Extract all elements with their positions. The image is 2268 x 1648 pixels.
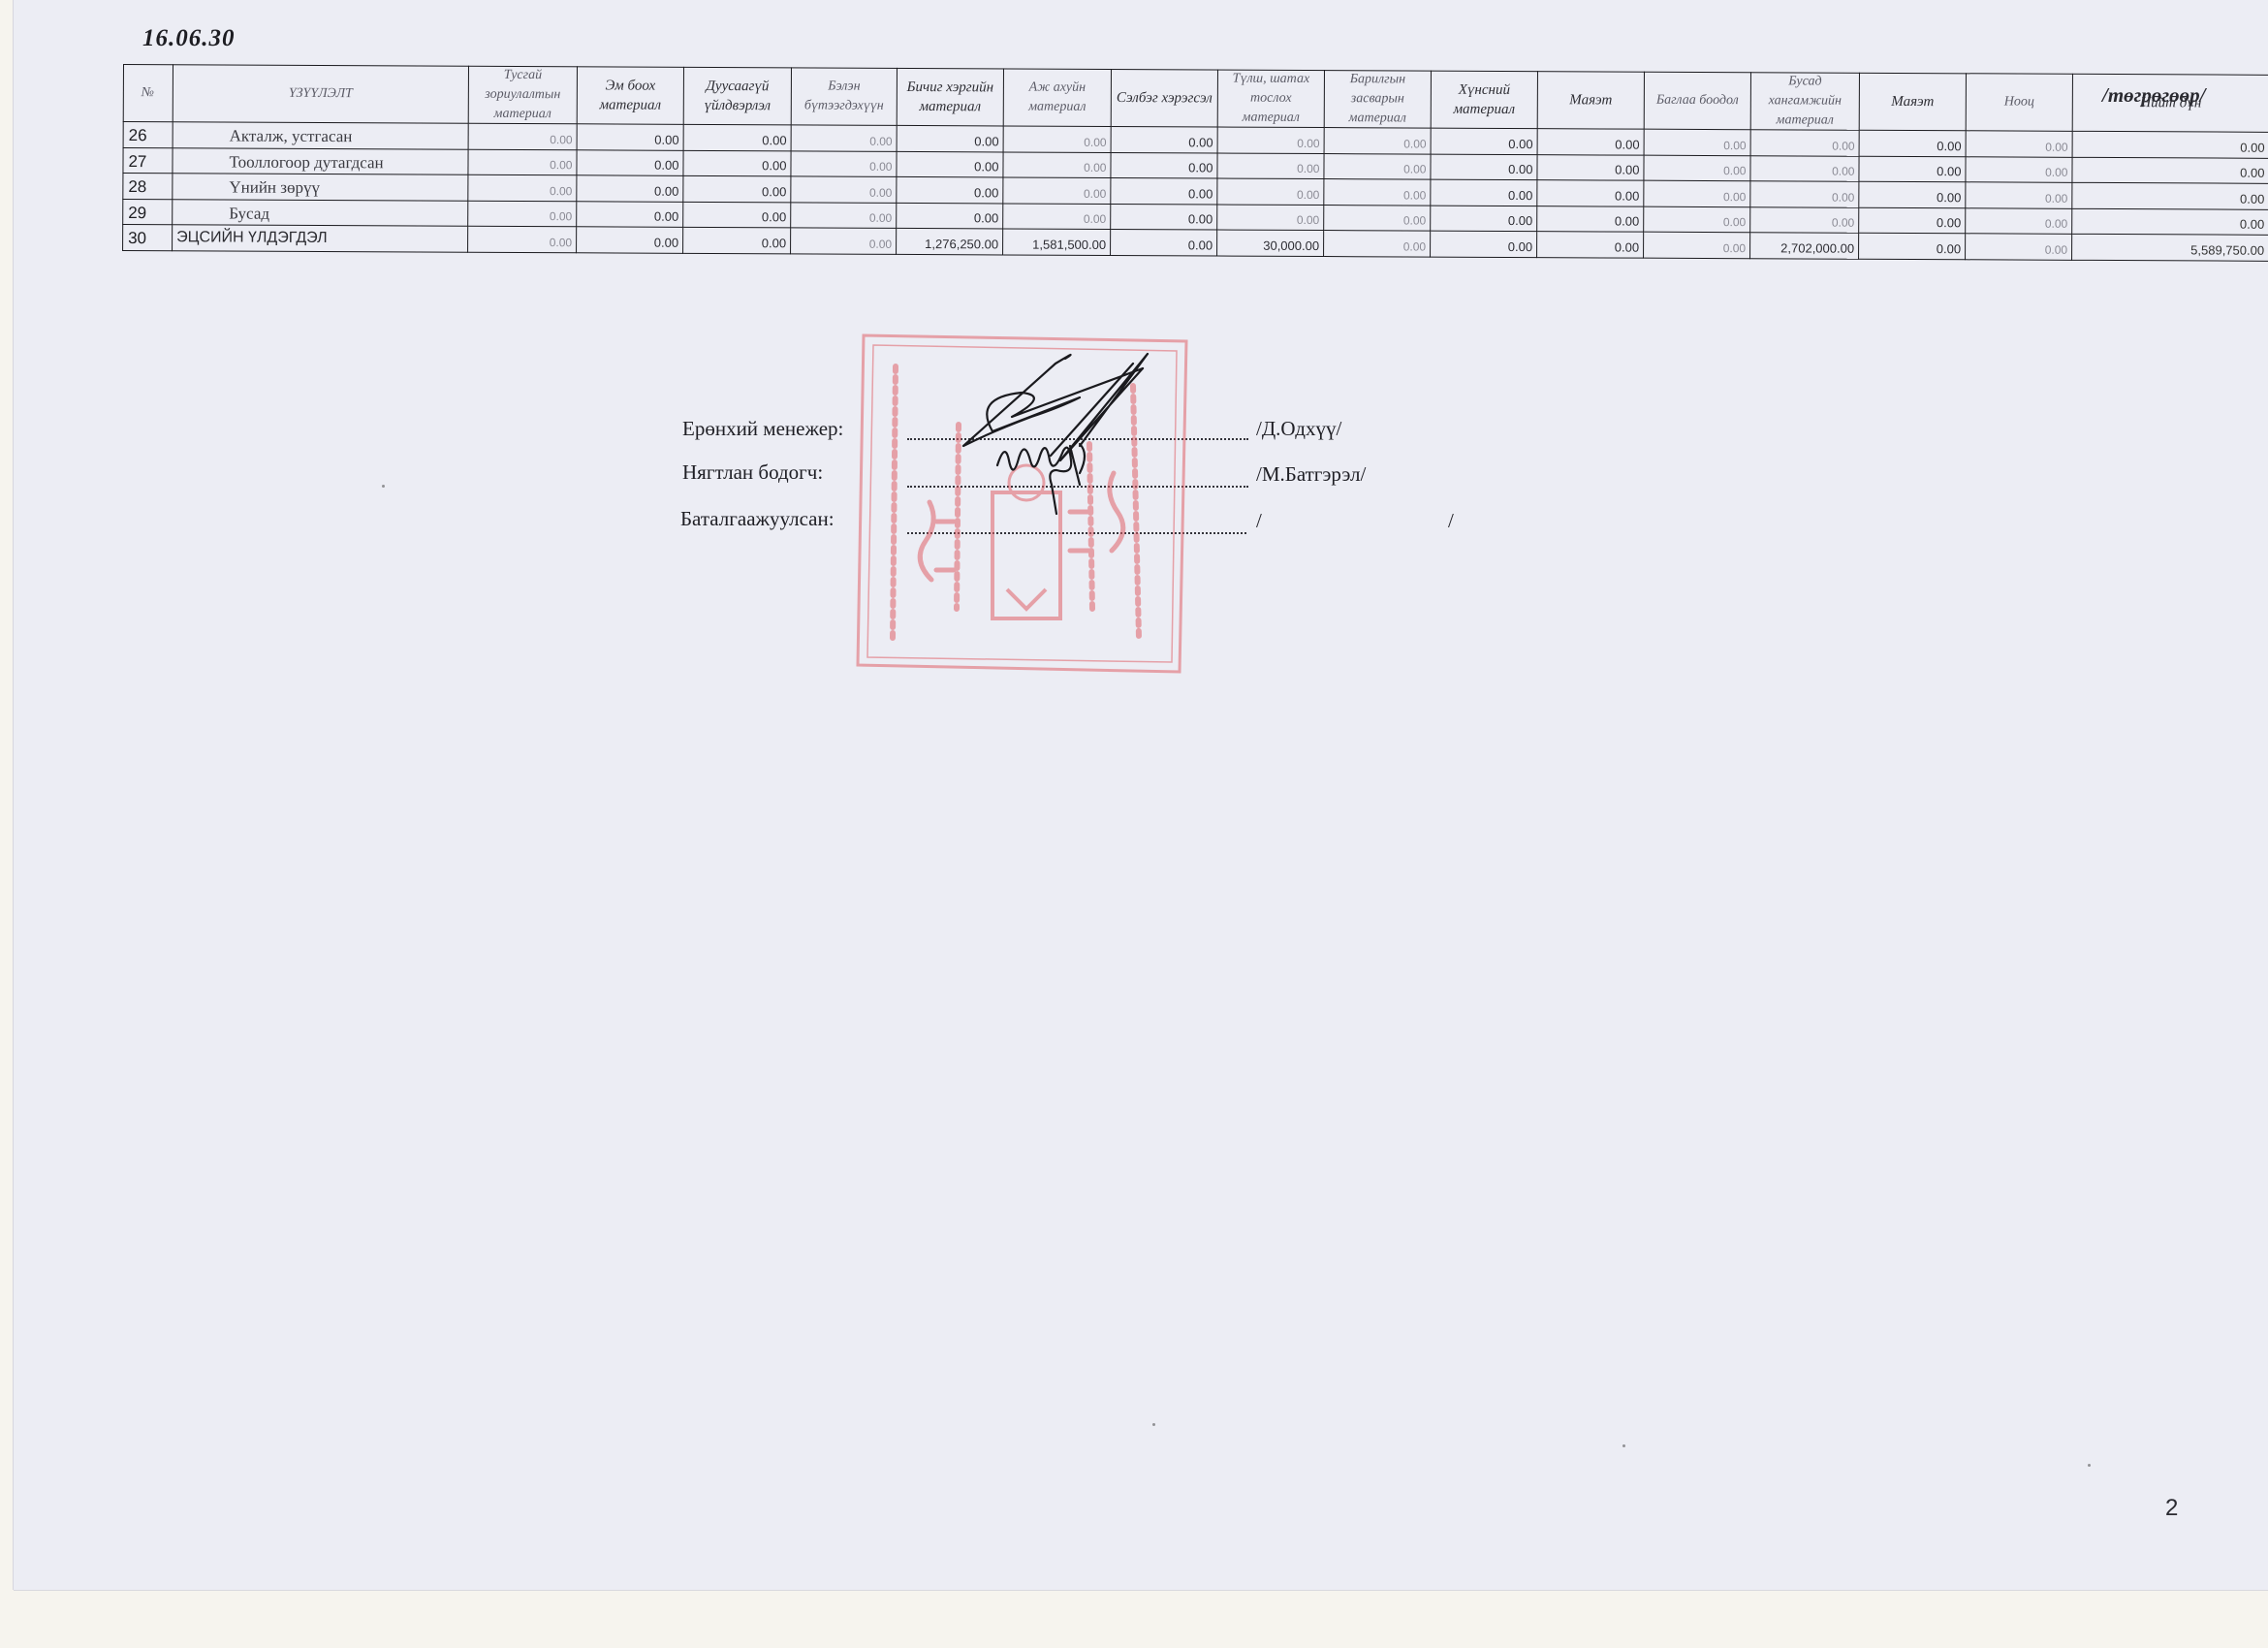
table-cell-value: 0.00 xyxy=(1004,126,1112,152)
table-cell-value: 0.00 xyxy=(1645,130,1751,156)
table-cell-value: 0.00 xyxy=(791,203,897,229)
column-header: Сэлбэг хэрэгсэл xyxy=(1112,69,1218,128)
table-cell-value: 0.00 xyxy=(1644,181,1750,207)
table-cell-value: 0.00 xyxy=(1218,128,1325,154)
table-cell-value: 0.00 xyxy=(791,151,897,177)
table-cell-value: 0.00 xyxy=(898,126,1004,152)
table-cell-value: 0.00 xyxy=(468,227,577,253)
table-cell-value: 0.00 xyxy=(1325,128,1432,154)
table-cell-value: 0.00 xyxy=(577,227,683,253)
table-cell-value: 0.00 xyxy=(897,177,1003,204)
table-cell-value: 0.00 xyxy=(1003,204,1111,230)
column-header: Тусгай зориулалтын материал xyxy=(469,66,578,125)
table-cell-value: 0.00 xyxy=(792,125,898,151)
signature-line xyxy=(907,532,1246,534)
table-cell-value: 0.00 xyxy=(1431,154,1537,180)
row-number: 26 xyxy=(123,122,173,148)
table-cell-value: 0.00 xyxy=(468,201,577,227)
table-cell-value: 0.00 xyxy=(1431,232,1537,258)
table-cell-value: 0.00 xyxy=(1217,153,1324,179)
table-cell-value: 0.00 xyxy=(1859,182,1966,208)
table-cell-value: 0.00 xyxy=(1003,152,1111,178)
table-cell-value: 0.00 xyxy=(897,203,1003,229)
scan-speck xyxy=(2088,1464,2091,1467)
signature-trailing-slash: / xyxy=(1448,509,1454,533)
table-cell-value: 0.00 xyxy=(1644,233,1750,259)
table-cell-value: 0.00 xyxy=(1324,179,1431,206)
row-label: Тооллогоор дутагдсан xyxy=(173,148,468,175)
table-cell-value: 1,276,250.00 xyxy=(897,229,1003,255)
table-cell-value: 0.00 xyxy=(1644,155,1750,181)
table-cell-value: 0.00 xyxy=(683,228,791,254)
table-cell-value: 0.00 xyxy=(1644,206,1750,233)
table-cell-value: 0.00 xyxy=(1111,230,1217,256)
table-cell-value: 2,702,000.00 xyxy=(1750,233,1859,259)
table-cell-value: 0.00 xyxy=(577,150,683,176)
table-cell-value: 0.00 xyxy=(469,124,578,150)
document-page: 16.06.30 /төгрөгөөр/ №ҮЗҮҮЛЭЛТТусгай зор… xyxy=(14,0,2268,1590)
table-cell-value: 0.00 xyxy=(1966,208,2072,235)
table-cell-value: 0.00 xyxy=(1966,234,2072,260)
table-cell-value: 0.00 xyxy=(1537,232,1644,258)
signature-name: / xyxy=(1256,509,1262,533)
table-cell-value: 0.00 xyxy=(1537,180,1644,206)
column-header: Аж ахуйн материал xyxy=(1004,68,1112,127)
table-cell-value: 0.00 xyxy=(2072,183,2268,209)
table-cell-value: 0.00 xyxy=(683,150,791,176)
column-header: Нооц xyxy=(1967,73,2073,132)
column-header: Хүнсний материал xyxy=(1432,71,1538,130)
column-header: Эм боох материал xyxy=(578,66,684,125)
table-cell-value: 0.00 xyxy=(1111,152,1217,178)
scan-speck xyxy=(1622,1444,1625,1447)
table-cell-value: 0.00 xyxy=(2073,132,2268,158)
table-cell-value: 0.00 xyxy=(1431,206,1537,232)
table-cell-value: 1,581,500.00 xyxy=(1003,229,1111,255)
signature-line xyxy=(907,486,1248,488)
signature-name: /М.Батгэрэл/ xyxy=(1256,462,1366,487)
table-cell-value: 0.00 xyxy=(1966,157,2072,183)
table-cell-value: 0.00 xyxy=(468,175,577,202)
official-stamp-icon xyxy=(852,328,1191,677)
table-cell-value: 0.00 xyxy=(1324,231,1431,257)
table-cell-value: 0.00 xyxy=(2072,208,2268,235)
row-label: Үнийн зөрүү xyxy=(173,174,468,201)
report-date: 16.06.30 xyxy=(142,25,236,52)
signature-role: Ерөнхий менежер: xyxy=(682,417,843,441)
table-cell-value: 0.00 xyxy=(1217,205,1324,231)
row-label: Бусад xyxy=(173,200,468,227)
table-cell-value: 0.00 xyxy=(1859,207,1966,234)
column-header: Түлш, шатах тослох материал xyxy=(1218,70,1325,129)
table-cell-value: 0.00 xyxy=(1966,182,2072,208)
signature-role: Баталгаажуулсан: xyxy=(680,507,835,531)
table-cell-value: 0.00 xyxy=(468,149,577,175)
scan-speck xyxy=(1152,1423,1155,1426)
table-cell-value: 0.00 xyxy=(1324,154,1431,180)
table-cell-value: 0.00 xyxy=(1859,156,1966,182)
signature-line xyxy=(907,438,1248,440)
table-cell-value: 0.00 xyxy=(1537,206,1644,233)
table-cell-value: 0.00 xyxy=(791,176,897,203)
table-cell-value: 0.00 xyxy=(578,124,684,150)
table-cell-value: 0.00 xyxy=(683,176,791,203)
table-cell-value: 0.00 xyxy=(1859,234,1966,260)
table-cell-value: 0.00 xyxy=(2072,157,2268,183)
table-cell-value: 0.00 xyxy=(1432,129,1538,155)
scan-speck xyxy=(382,485,385,488)
table-cell-value: 0.00 xyxy=(1324,206,1431,232)
column-header: Бусад хангамжийн материал xyxy=(1751,72,1860,131)
table-cell-value: 30,000.00 xyxy=(1217,231,1324,257)
column-header: Бэлэн бүтээгдэхүүн xyxy=(792,67,898,126)
table-cell-value: 0.00 xyxy=(1217,179,1324,206)
table-cell-value: 0.00 xyxy=(1003,177,1111,204)
column-header: ҮЗҮҮЛЭЛТ xyxy=(173,64,469,123)
table-cell-value: 0.00 xyxy=(684,125,792,151)
row-label: ЭЦСИЙН ҮЛДЭГДЭЛ xyxy=(173,225,468,252)
row-number: 28 xyxy=(122,174,173,200)
table-cell-value: 0.00 xyxy=(1431,180,1537,206)
column-header: Баглаа боодол xyxy=(1645,72,1751,131)
table-cell-value: 0.00 xyxy=(1967,131,2073,157)
column-header: Барилгын засварын материал xyxy=(1325,70,1432,129)
column-header: Дуусаагүй үйлдвэрлэл xyxy=(684,67,792,126)
page-number: 2 xyxy=(2165,1495,2178,1522)
table-cell-value: 0.00 xyxy=(577,175,683,202)
table-cell-value: 5,589,750.00 xyxy=(2072,235,2268,261)
table-cell-value: 0.00 xyxy=(683,202,791,228)
signature-name: /Д.Одхүү/ xyxy=(1256,417,1341,441)
table-cell-value: 0.00 xyxy=(577,202,683,228)
row-label: Акталж, устгасан xyxy=(173,122,469,149)
table-cell-value: 0.00 xyxy=(1537,155,1644,181)
handwritten-signature-icon xyxy=(934,339,1206,533)
table-cell-value: 0.00 xyxy=(1538,129,1645,155)
table-cell-value: 0.00 xyxy=(1750,156,1859,182)
table-cell-value: 0.00 xyxy=(1860,131,1967,157)
column-header: Маяэт xyxy=(1538,71,1645,130)
column-header: № xyxy=(123,64,173,122)
row-number: 27 xyxy=(122,147,173,174)
table-cell-value: 0.00 xyxy=(1751,130,1860,156)
column-header: Бичиг хэргийн материал xyxy=(898,68,1004,127)
row-number: 30 xyxy=(122,225,173,251)
table-cell-value: 0.00 xyxy=(1111,204,1217,230)
table-cell-value: 0.00 xyxy=(1750,181,1859,207)
column-header: Нийт дүн xyxy=(2073,74,2268,133)
table-cell-value: 0.00 xyxy=(1112,127,1218,153)
table-cell-value: 0.00 xyxy=(1750,207,1859,234)
table-cell-value: 0.00 xyxy=(1111,178,1217,205)
row-number: 29 xyxy=(122,199,173,225)
signature-role: Нягтлан бодогч: xyxy=(682,460,823,485)
table-cell-value: 0.00 xyxy=(791,228,897,254)
column-header: Маяэт xyxy=(1860,73,1967,132)
table-cell-value: 0.00 xyxy=(897,151,1003,177)
